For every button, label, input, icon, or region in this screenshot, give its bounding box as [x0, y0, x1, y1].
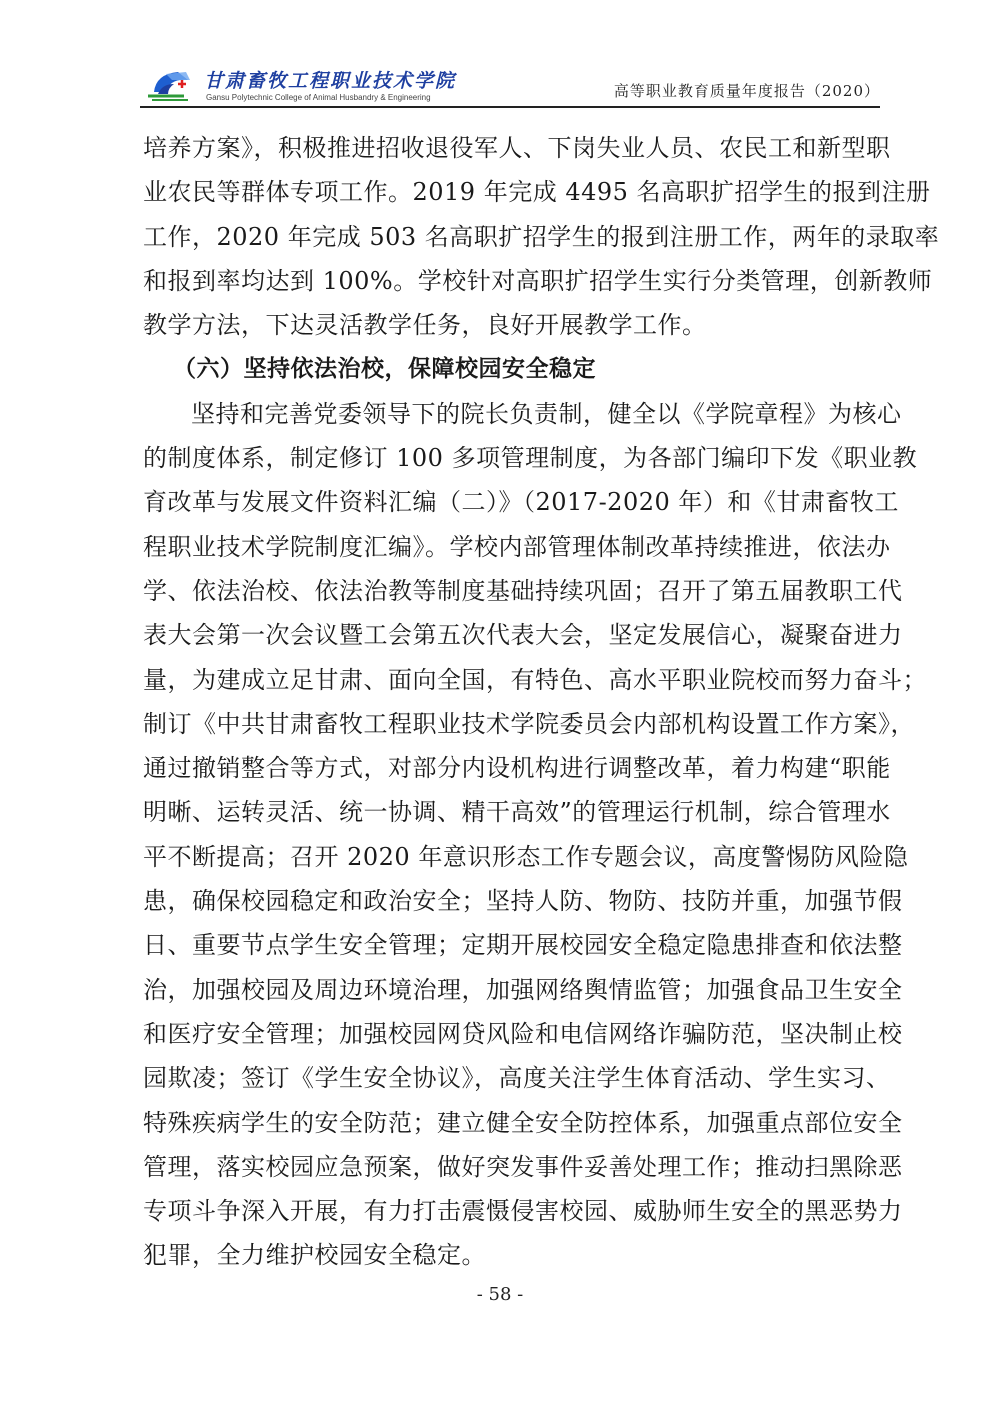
paragraph-line: 和医疗安全管理；加强校园网贷风险和电信网络诈骗防范，坚决制止校 [143, 1012, 873, 1056]
paragraph-line: 坚持和完善党委领导下的院长负责制，健全以《学院章程》为核心 [143, 392, 873, 436]
paragraph-line: 和报到率均达到 100%。学校针对高职扩招学生实行分类管理，创新教师 [143, 259, 873, 303]
paragraph-line: 教学方法，下达灵活教学任务，良好开展教学工作。 [143, 303, 873, 347]
page-header: 甘肃畜牧工程职业技术学院 Gansu Polytechnic College o… [140, 62, 880, 106]
paragraph-line: 犯罪，全力维护校园安全稳定。 [143, 1233, 873, 1277]
page-number: - 58 - [0, 1284, 1000, 1305]
paragraph-line: 治，加强校园及周边环境治理，加强网络舆情监管；加强食品卫生安全 [143, 968, 873, 1012]
paragraph-line: 工作，2020 年完成 503 名高职扩招学生的报到注册工作，两年的录取率 [143, 215, 873, 259]
paragraph-line: 表大会第一次会议暨工会第五次代表大会，坚定发展信心，凝聚奋进力 [143, 613, 873, 657]
header-divider [140, 106, 880, 108]
college-name-en: Gansu Polytechnic College of Animal Husb… [206, 93, 431, 102]
report-title: 高等职业教育质量年度报告（2020） [614, 80, 880, 101]
paragraph-line: 明晰、运转灵活、统一协调、精干高效”的管理运行机制，综合管理水 [143, 790, 873, 834]
paragraph-line: 特殊疾病学生的安全防范；建立健全安全防控体系，加强重点部位安全 [143, 1101, 873, 1145]
paragraph-line: 园欺凌；签订《学生安全协议》，高度关注学生体育活动、学生实习、 [143, 1056, 873, 1100]
section-heading: （六）坚持依法治校，保障校园安全稳定 [143, 347, 873, 391]
paragraph-line: 平不断提高；召开 2020 年意识形态工作专题会议，高度警惕防风险隐 [143, 835, 873, 879]
paragraph-line: 专项斗争深入开展，有力打击震慑侵害校园、威胁师生安全的黑恶势力 [143, 1189, 873, 1233]
paragraph-line: 量，为建成立足甘肃、面向全国，有特色、高水平职业院校而努力奋斗； [143, 658, 873, 702]
college-logo-icon [144, 66, 200, 104]
paragraph-line: 学、依法治校、依法治教等制度基础持续巩固；召开了第五届教职工代 [143, 569, 873, 613]
paragraph-line: 日、重要节点学生安全管理；定期开展校园安全稳定隐患排查和依法整 [143, 923, 873, 967]
paragraph-line: 程职业技术学院制度汇编》。学校内部管理体制改革持续推进，依法办 [143, 525, 873, 569]
paragraph-line: 通过撤销整合等方式，对部分内设机构进行调整改革，着力构建“职能 [143, 746, 873, 790]
paragraph-line: 管理，落实校园应急预案，做好突发事件妥善处理工作；推动扫黑除恶 [143, 1145, 873, 1189]
paragraph-line: 的制度体系，制定修订 100 多项管理制度，为各部门编印下发《职业教 [143, 436, 873, 480]
college-name-cn: 甘肃畜牧工程职业技术学院 [204, 66, 456, 93]
paragraph-line: 育改革与发展文件资料汇编（二）》（2017-2020 年）和《甘肃畜牧工 [143, 480, 873, 524]
document-body: 培养方案》，积极推进招收退役军人、下岗失业人员、农民工和新型职 业农民等群体专项… [143, 126, 873, 1278]
paragraph-line: 制订《中共甘肃畜牧工程职业技术学院委员会内部机构设置工作方案》， [143, 702, 873, 746]
paragraph-line: 业农民等群体专项工作。2019 年完成 4495 名高职扩招学生的报到注册 [143, 170, 873, 214]
paragraph-line: 培养方案》，积极推进招收退役军人、下岗失业人员、农民工和新型职 [143, 126, 873, 170]
paragraph-line: 患，确保校园稳定和政治安全；坚持人防、物防、技防并重，加强节假 [143, 879, 873, 923]
